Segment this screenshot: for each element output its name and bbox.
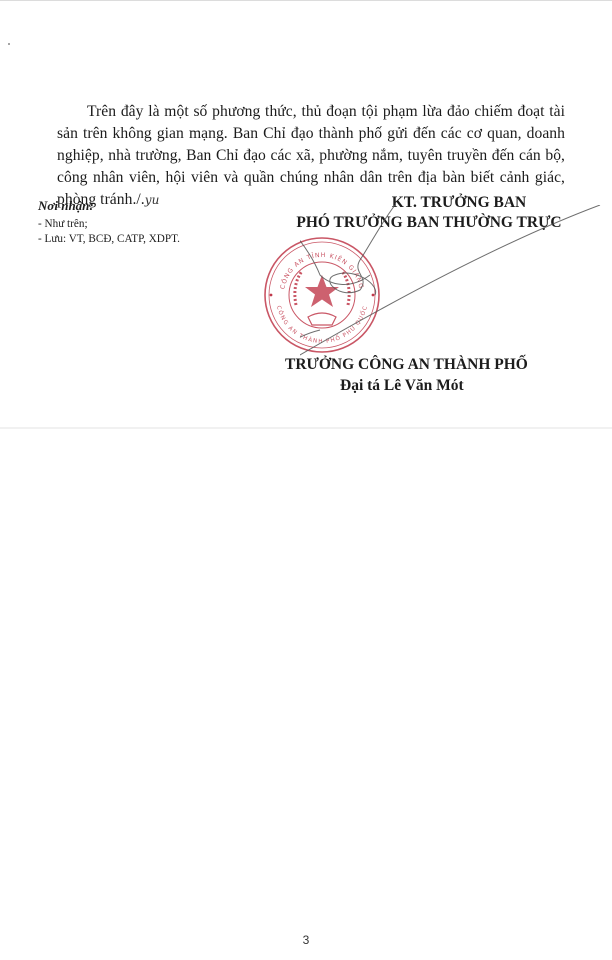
page-divider [0, 427, 612, 429]
signer-name: Đại tá Lê Văn Mót [340, 376, 464, 396]
signer-title: TRƯỞNG CÔNG AN THÀNH PHỐ [285, 355, 528, 375]
recipient-item: - Lưu: VT, BCĐ, CATP, XDPT. [38, 232, 180, 247]
page-top-edge [0, 0, 612, 1]
signature-heading: KT. TRƯỞNG BAN PHÓ TRƯỞNG BAN THƯỜNG TRỰ… [270, 193, 590, 233]
closing-paragraph-text: Trên đây là một số phương thức, thủ đoạn… [57, 103, 565, 208]
page-number: 3 [0, 933, 612, 947]
recipients-title: Nơi nhận: [38, 198, 180, 214]
signature-line-2: PHÓ TRƯỞNG BAN THƯỜNG TRỰC [268, 213, 590, 233]
recipient-item: - Như trên; [38, 217, 180, 232]
signature-line-1: KT. TRƯỞNG BAN [328, 193, 590, 213]
official-seal-icon: CÔNG AN TỈNH KIÊN GIANG CÔNG AN THÀNH PH… [262, 235, 382, 355]
recipients-block: Nơi nhận: - Như trên; - Lưu: VT, BCĐ, CA… [38, 198, 180, 247]
scan-speck [8, 43, 10, 45]
